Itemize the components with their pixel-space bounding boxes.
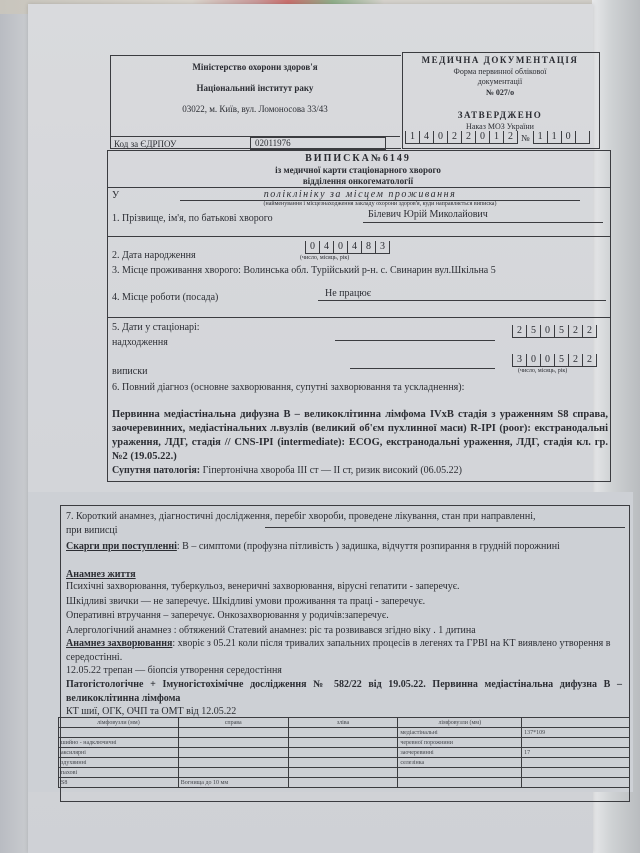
hospital-stay-label: 5. Дати у стаціонарі: [112,322,200,333]
table-row: медіастінальні137*109 [59,728,630,738]
table-header-cell: зліва [288,718,398,728]
table-header-cell: лімфовузли (мм) [59,718,179,728]
table-row: пахові [59,768,630,778]
workplace-line [318,300,606,301]
institution-address: 03022, м. Київ, вул. Ломоносова 33/43 [110,104,400,114]
life-history-lines: Психічні захворювання, туберкульоз, вене… [66,580,476,638]
form-line-2: документації [402,77,598,86]
table-cell [178,748,288,758]
section7-line [265,527,625,528]
ct-lymph-node-table: лімфовузли (мм)справазлівалімфовузли (мм… [58,717,630,788]
table-cell [398,778,522,788]
digit-box: 4 [420,131,434,144]
form-number: № 027/о [402,88,598,97]
approved-label: ЗАТВЕРДЖЕНО [402,110,598,120]
table-cell [522,758,630,768]
life-history-line: Психічні захворювання, туберкульоз, вене… [66,580,476,595]
disease-history-label: Анамнез захворювання [66,638,172,649]
table-row: здухвинніселезінка [59,758,630,768]
table-cell [178,728,288,738]
table-cell [288,778,398,788]
document-subtitle: із медичної карти стаціонарного хворого [107,165,609,175]
order-date-digits: 14022012 [405,131,518,144]
destination-value: поліклініку за місцем проживання [200,189,520,200]
diagnosis-text: Первинна медіастінальна дифузна В – вели… [112,408,608,464]
discharge-date-digits: 300522 [512,354,597,367]
admission-line [335,340,495,341]
table-cell [288,768,398,778]
digit-box: 2 [448,131,462,144]
digit-box: 5 [527,325,541,338]
table-cell: Вогнища до 10 мм [178,778,288,788]
dob-label: 2. Дата народження [112,250,196,261]
digit-box: 2 [583,325,597,338]
table-cell [59,728,179,738]
residence-line: 3. Місце проживання хворого: Волинська о… [112,265,496,276]
divider [107,187,611,188]
digit-box: 2 [569,354,583,367]
table-cell: S8 [59,778,179,788]
admission-label: надходження [112,337,168,348]
table-cell: черевної порожнини [398,738,522,748]
patient-name-line [363,222,603,223]
medical-documentation-title: МЕДИЧНА ДОКУМЕНТАЦІЯ [402,55,598,65]
table-cell [178,738,288,748]
digit-box: 4 [320,241,334,254]
life-history-line: Шкідливі звички — не заперечує. Шкідливі… [66,595,476,610]
table-row: шийно - надключичнічеревної порожнини [59,738,630,748]
workplace-label: 4. Місце роботи (посада) [112,292,218,303]
patient-name-value: Білевич Юрій Миколайович [368,209,488,220]
digit-box [576,131,590,144]
digit-box: 0 [541,354,555,367]
digit-box: 3 [513,354,527,367]
destination-prefix: У [112,190,119,201]
digit-box: 0 [334,241,348,254]
histology-result: Патогістологічне + Імуногістохімічне дос… [66,678,622,706]
digit-box: 0 [541,325,555,338]
form-line-1: Форма первинної облікової [402,67,598,76]
section7-label: 7. Короткий анамнез, діагностичні дослід… [66,510,536,538]
institute-name: Національний інститут раку [110,83,400,93]
digit-box: 0 [562,131,576,144]
life-history-line: Алергологічний анамнез : обтяжений Стате… [66,624,476,639]
complaints-text: : В – симптоми (профузна пітливість ) за… [177,541,560,552]
table-cell: пахові [59,768,179,778]
digit-box: 0 [527,354,541,367]
table-cell [288,738,398,748]
table-header-cell [522,718,630,728]
life-history-line: Оперативні втручання – заперечує. Онкоза… [66,609,476,624]
digit-box: 2 [569,325,583,338]
dob-caption: (число, місяць, рік) [300,255,349,261]
table-cell [288,748,398,758]
order-number-boxes: 14022012 № 110 [405,131,590,144]
table-cell [288,758,398,768]
digit-box: 4 [348,241,362,254]
comorbidity-value: Гіпертонічна хвороба ІІІ ст — ІІ ст, риз… [203,465,462,476]
table-cell: аксилярні [59,748,179,758]
diagnosis-label: 6. Повний діагноз (основне захворювання,… [112,382,464,393]
table-cell [288,728,398,738]
table-cell: 17 [522,748,630,758]
divider [107,317,611,318]
digit-box: 5 [555,354,569,367]
digit-box: 2 [583,354,597,367]
table-cell: медіастінальні [398,728,522,738]
table-cell: селезінка [398,758,522,768]
table-header-cell: лімфовузли (мм) [398,718,522,728]
complaints: Скарги при поступленні: В – симптоми (пр… [66,540,622,554]
comorbidity: Супутня патологія: Гіпертонічна хвороба … [112,465,462,476]
table-cell [398,768,522,778]
admission-date-digits: 250522 [512,325,597,338]
table-cell [522,768,630,778]
disease-history: Анамнез захворювання: хворіє з 05.21 кол… [66,637,622,665]
comorbidity-label: Супутня патологія: [112,465,200,476]
digit-box: 8 [362,241,376,254]
digit-box: 3 [376,241,390,254]
workplace-value: Не працює [325,288,371,299]
order-no-digits: 110 [533,131,590,144]
table-cell: здухвинні [59,758,179,768]
table-cell [522,778,630,788]
digit-box: 5 [555,325,569,338]
digit-box: 1 [548,131,562,144]
order-no-label: № [521,133,530,143]
digit-box: 2 [504,131,518,144]
digit-box: 0 [434,131,448,144]
table-header-cell: справа [178,718,288,728]
complaints-label: Скарги при поступленні [66,541,177,552]
dob-digits: 040483 [305,241,390,254]
patient-name-label: 1. Прізвище, ім'я, по батькові хворого [112,213,273,224]
discharge-caption: (число, місяць, рік) [518,368,567,374]
order-label: Наказ МОЗ України [402,122,598,131]
trepan-line: 12.05.22 трепан — біопсія утворення сере… [66,665,282,676]
destination-caption: (найменування і місцезнаходження закладу… [180,201,580,207]
table-cell [178,768,288,778]
digit-box: 2 [462,131,476,144]
digit-box: 0 [306,241,320,254]
edrpou-value: 02011976 [250,137,386,150]
digit-box: 1 [534,131,548,144]
document-title: ВИПИСКА№6149 [107,153,609,164]
life-history-label: Анамнез життя [66,569,136,580]
ministry-name: Міністерство охорони здоров'я [110,62,400,72]
digit-box: 0 [476,131,490,144]
divider [107,236,611,237]
table-cell: шийно - надключичні [59,738,179,748]
digit-box: 2 [513,325,527,338]
table-cell: 137*109 [522,728,630,738]
digit-box: 1 [406,131,420,144]
discharge-line [350,368,495,369]
table-header-row: лімфовузли (мм)справазлівалімфовузли (мм… [59,718,630,728]
table-cell: заочеревинні [398,748,522,758]
table-cell [178,758,288,768]
ct-title: КТ шиї, ОГК, ОЧП та ОМТ від 12.05.22 [66,706,236,717]
table-cell [522,738,630,748]
edrpou-label: Код за ЄДРПОУ [114,139,176,149]
discharge-label: виписки [112,366,147,377]
digit-box: 1 [490,131,504,144]
table-row: аксилярнізаочеревинні17 [59,748,630,758]
department-name: відділення онкогематології [107,176,609,186]
table-row: S8Вогнища до 10 мм [59,778,630,788]
